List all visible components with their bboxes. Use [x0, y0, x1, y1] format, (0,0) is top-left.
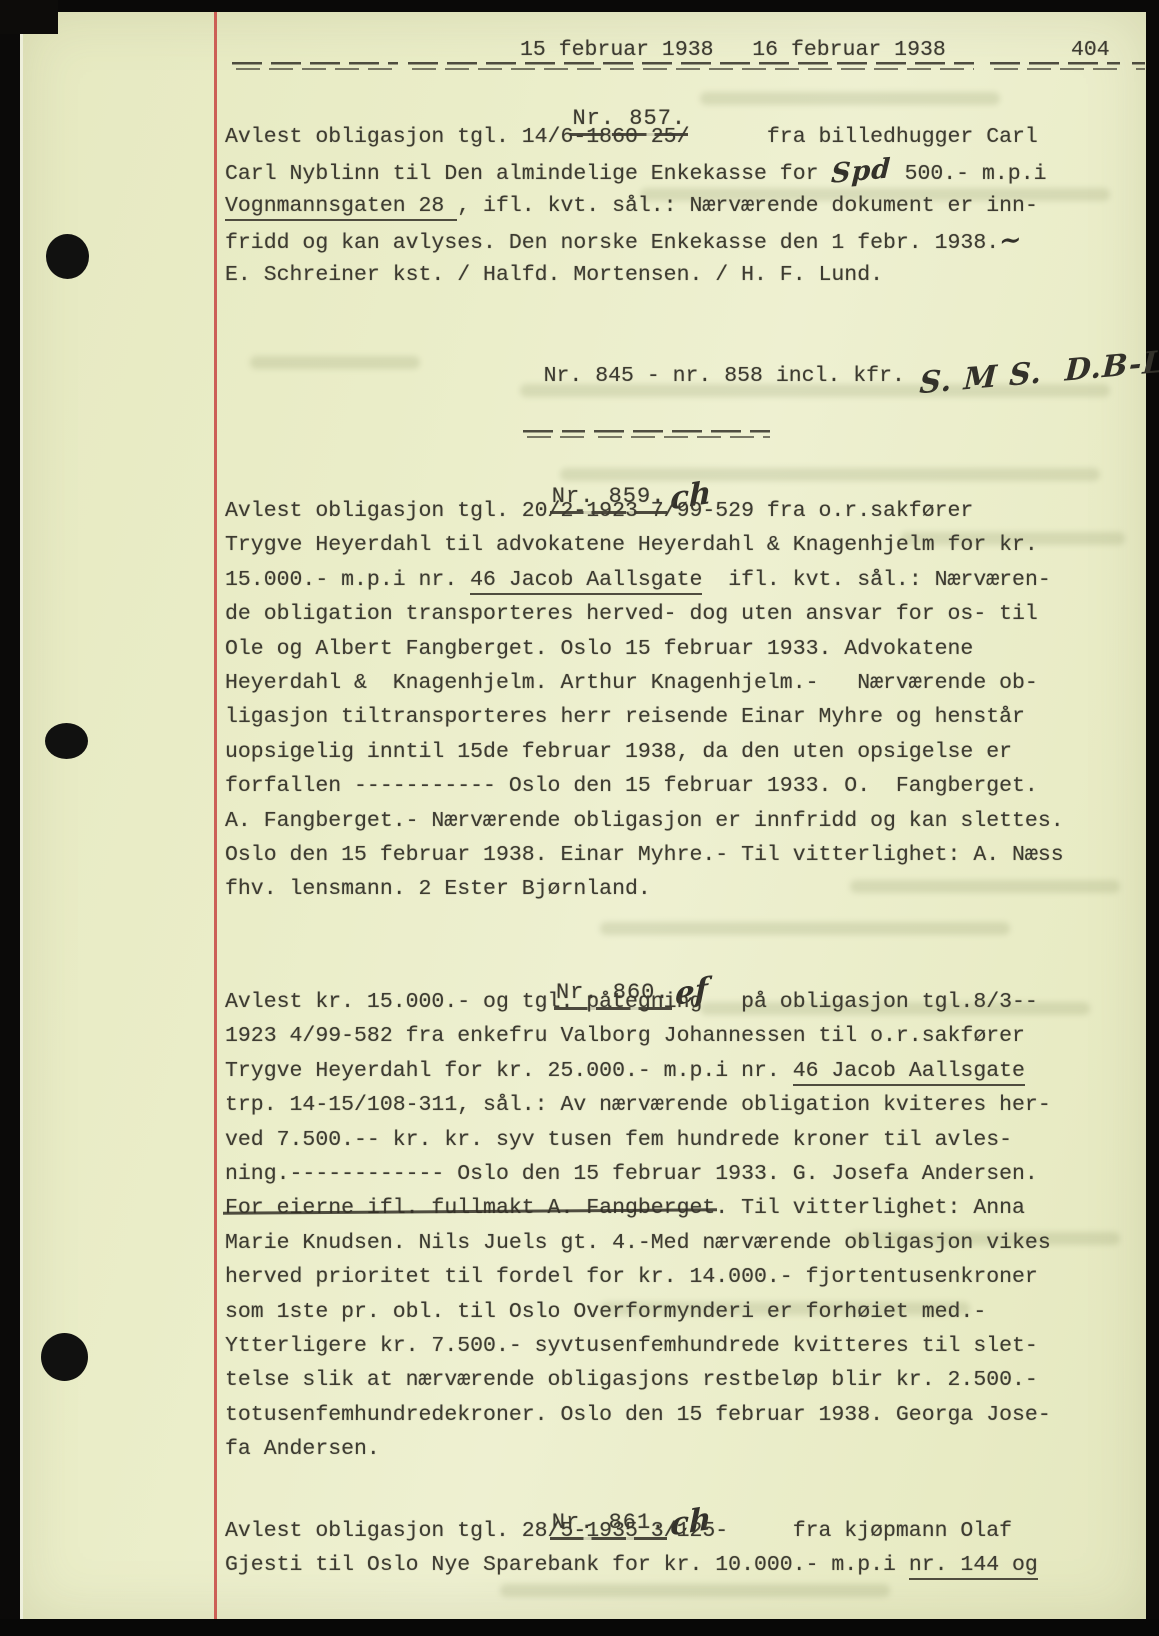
typed-text: totusenfemhundredekroner. Oslo den 15 fe… — [225, 1403, 1051, 1427]
typed-text: Carl Nyblinn til Den almindelige Enkekas… — [225, 162, 831, 186]
typed-text: E. Schreiner kst. / Halfd. Mortensen. / … — [225, 263, 883, 287]
typed-text: . Til vitterlighet: Anna — [715, 1196, 1025, 1220]
typed-text: fa Andersen. — [225, 1437, 380, 1461]
header-rule-segment — [408, 62, 974, 70]
typed-text: fridd og kan avlyses. Den norske Enkekas… — [225, 231, 999, 255]
typed-line: 15.000.- m.p.i nr. 46 Jacob Aallsgate if… — [225, 563, 1125, 597]
typed-text: trp. 14-15/108-311, sål.: Av nærværende … — [225, 1093, 1051, 1117]
scanned-register-page: 15 februar 1938 16 februar 1938 404 Nr. … — [0, 0, 1159, 1636]
typed-text: fhv. lensmann. 2 Ester Bjørnland. — [225, 877, 651, 901]
typed-line: trp. 14-15/108-311, sål.: Av nærværende … — [225, 1088, 1125, 1122]
red-margin-line — [214, 12, 217, 1619]
typed-text: Heyerdahl & Knagenhjelm. Arthur Knagenhj… — [225, 671, 1038, 695]
typed-line: Ytterligere kr. 7.500.- syvtusenfemhundr… — [225, 1329, 1125, 1363]
typed-text: uopsigelig inntil 15de februar 1938, da … — [225, 740, 1012, 764]
header-rule-segment — [1132, 62, 1145, 70]
handwritten-text: Spd — [831, 153, 893, 193]
typed-text: Avlest obligasjon tgl. 28/5-1935 3/125- … — [225, 1519, 1012, 1543]
header-rule-segment — [232, 62, 398, 70]
typed-line: Avlest obligasjon tgl. 14/6-1860 25/ fra… — [225, 120, 1125, 154]
typed-line: forfallen ----------- Oslo den 15 februa… — [225, 769, 1125, 803]
typed-line: ligasjon tiltransporteres herr reisende … — [225, 700, 1125, 734]
typed-text: Trygve Heyerdahl til advokatene Heyerdah… — [225, 533, 1038, 557]
underlined-text: 46 Jacob Aallsgate — [470, 568, 702, 595]
section-divider — [594, 430, 770, 438]
typed-line: Trygve Heyerdahl for kr. 25.000.- m.p.i … — [225, 1054, 1125, 1088]
paper-left-edge — [20, 12, 23, 1619]
scan-background-right — [1146, 0, 1159, 1636]
typed-line: Avlest obligasjon tgl. 28/5-1935 3/125- … — [225, 1514, 1125, 1548]
typed-line: For eierne ifl. fullmakt A. Fangberget. … — [225, 1191, 1125, 1225]
typed-text: ved 7.500.-- kr. kr. syv tusen fem hundr… — [225, 1128, 1012, 1152]
typed-line: Marie Knudsen. Nils Juels gt. 4.-Med nær… — [225, 1226, 1125, 1260]
typed-line: Vognmannsgaten 28 , ifl. kvt. sål.: Nærv… — [225, 189, 1125, 223]
typed-text: Trygve Heyerdahl for kr. 25.000.- m.p.i … — [225, 1059, 793, 1083]
typed-line: Oslo den 15 februar 1938. Einar Myhre.- … — [225, 838, 1125, 872]
typed-line: Ole og Albert Fangberget. Oslo 15 februa… — [225, 632, 1125, 666]
typed-line: som 1ste pr. obl. til Oslo Overformynder… — [225, 1295, 1125, 1329]
typed-line: Carl Nyblinn til Den almindelige Enkekas… — [225, 154, 1125, 188]
typed-text: ifl. kvt. sål.: Nærværen- — [702, 568, 1050, 592]
typed-text: Gjesti til Oslo Nye Sparebank for kr. 10… — [225, 1553, 909, 1577]
typed-text: Ytterligere kr. 7.500.- syvtusenfemhundr… — [225, 1334, 1038, 1358]
typed-text: ligasjon tiltransporteres herr reisende … — [225, 705, 1025, 729]
typed-line: totusenfemhundredekroner. Oslo den 15 fe… — [225, 1398, 1125, 1432]
scan-corner-shadow — [0, 0, 58, 34]
typed-text: Marie Knudsen. Nils Juels gt. 4.-Med nær… — [225, 1231, 1051, 1255]
typed-line: herved prioritet til fordel for kr. 14.0… — [225, 1260, 1125, 1294]
typed-line: Trygve Heyerdahl til advokatene Heyerdah… — [225, 528, 1125, 562]
struck-text: For eierne ifl. fullmakt A. Fangberget — [225, 1196, 715, 1220]
entry-861-text: Avlest obligasjon tgl. 28/5-1935 3/125- … — [225, 1514, 1125, 1583]
punch-hole — [41, 1333, 88, 1381]
section-divider — [523, 430, 585, 438]
typed-line: ved 7.500.-- kr. kr. syv tusen fem hundr… — [225, 1123, 1125, 1157]
typed-line: uopsigelig inntil 15de februar 1938, da … — [225, 735, 1125, 769]
typed-text: Ole og Albert Fangberget. Oslo 15 februa… — [225, 637, 973, 661]
underlined-text: Vognmannsgaten 28 — [225, 194, 457, 221]
entry-859-text: Avlest obligasjon tgl. 20/2-1923 7/99-52… — [225, 494, 1125, 907]
typed-line: fa Andersen. — [225, 1432, 1125, 1466]
typed-line: fridd og kan avlyses. Den norske Enkekas… — [225, 223, 1125, 257]
typed-text: forfallen ----------- Oslo den 15 februa… — [225, 774, 1038, 798]
typed-text: Oslo den 15 februar 1938. Einar Myhre.- … — [225, 843, 1064, 867]
typed-text: Avlest obligasjon tgl. 20/2-1923 7/99-52… — [225, 499, 973, 523]
cross-reference-note: Nr. 845 - nr. 858 incl. kfr.S. M S. D.B-… — [492, 330, 1159, 413]
scan-background-left — [0, 0, 20, 1636]
header-dates: 15 februar 1938 16 februar 1938 — [520, 38, 946, 62]
typed-text: de obligation transporteres herved- dog … — [225, 602, 1038, 626]
typed-text: A. Fangberget.- Nærværende obligasjon er… — [225, 809, 1064, 833]
handwritten-initials: S. M S. D.B-L. — [918, 344, 1159, 402]
typed-text: 15.000.- m.p.i nr. — [225, 568, 470, 592]
typed-text: Avlest obligasjon tgl. 14/6-1860 25/ fra… — [225, 125, 1038, 149]
typed-text: telse slik at nærværende obligasjons res… — [225, 1368, 1038, 1392]
typed-text: herved prioritet til fordel for kr. 14.0… — [225, 1265, 1038, 1289]
typed-line: Avlest obligasjon tgl. 20/2-1923 7/99-52… — [225, 494, 1125, 528]
typed-line: Heyerdahl & Knagenhjelm. Arthur Knagenhj… — [225, 666, 1125, 700]
typed-text: ning.------------ Oslo den 15 februar 19… — [225, 1162, 1038, 1186]
header-page-number: 404 — [1071, 38, 1110, 62]
underlined-text: 46 Jacob Aallsgate — [793, 1059, 1025, 1086]
entry-860-text: Avlest kr. 15.000.- og tgl. påtegning på… — [225, 985, 1125, 1466]
underlined-text: nr. 144 og — [909, 1553, 1038, 1580]
typed-line: A. Fangberget.- Nærværende obligasjon er… — [225, 804, 1125, 838]
scan-background-bottom — [0, 1619, 1159, 1636]
typed-text: som 1ste pr. obl. til Oslo Overformynder… — [225, 1300, 986, 1324]
scan-background-top — [0, 0, 1159, 12]
typed-text: 1923 4/99-582 fra enkefru Valborg Johann… — [225, 1024, 1025, 1048]
typed-text: Avlest kr. 15.000.- og tgl. påtegning på… — [225, 990, 1038, 1014]
typed-line: E. Schreiner kst. / Halfd. Mortensen. / … — [225, 258, 1125, 292]
handwritten-text: ~ — [998, 223, 1023, 260]
punch-hole — [46, 234, 89, 279]
entry-857-text: Avlest obligasjon tgl. 14/6-1860 25/ fra… — [225, 120, 1125, 292]
typed-line: fhv. lensmann. 2 Ester Bjørnland. — [225, 872, 1125, 906]
note-typed-text: Nr. 845 - nr. 858 incl. kfr. — [544, 364, 905, 388]
punch-hole — [45, 723, 88, 759]
typed-line: 1923 4/99-582 fra enkefru Valborg Johann… — [225, 1019, 1125, 1053]
typed-line: telse slik at nærværende obligasjons res… — [225, 1363, 1125, 1397]
typed-text: , ifl. kvt. sål.: Nærværende dokument er… — [457, 194, 1038, 218]
typed-line: de obligation transporteres herved- dog … — [225, 597, 1125, 631]
typed-line: Gjesti til Oslo Nye Sparebank for kr. 10… — [225, 1548, 1125, 1582]
typed-line: ning.------------ Oslo den 15 februar 19… — [225, 1157, 1125, 1191]
typed-text: 500.- m.p.i — [892, 162, 1047, 186]
header-rule-segment — [990, 62, 1120, 70]
typed-line: Avlest kr. 15.000.- og tgl. påtegning på… — [225, 985, 1125, 1019]
